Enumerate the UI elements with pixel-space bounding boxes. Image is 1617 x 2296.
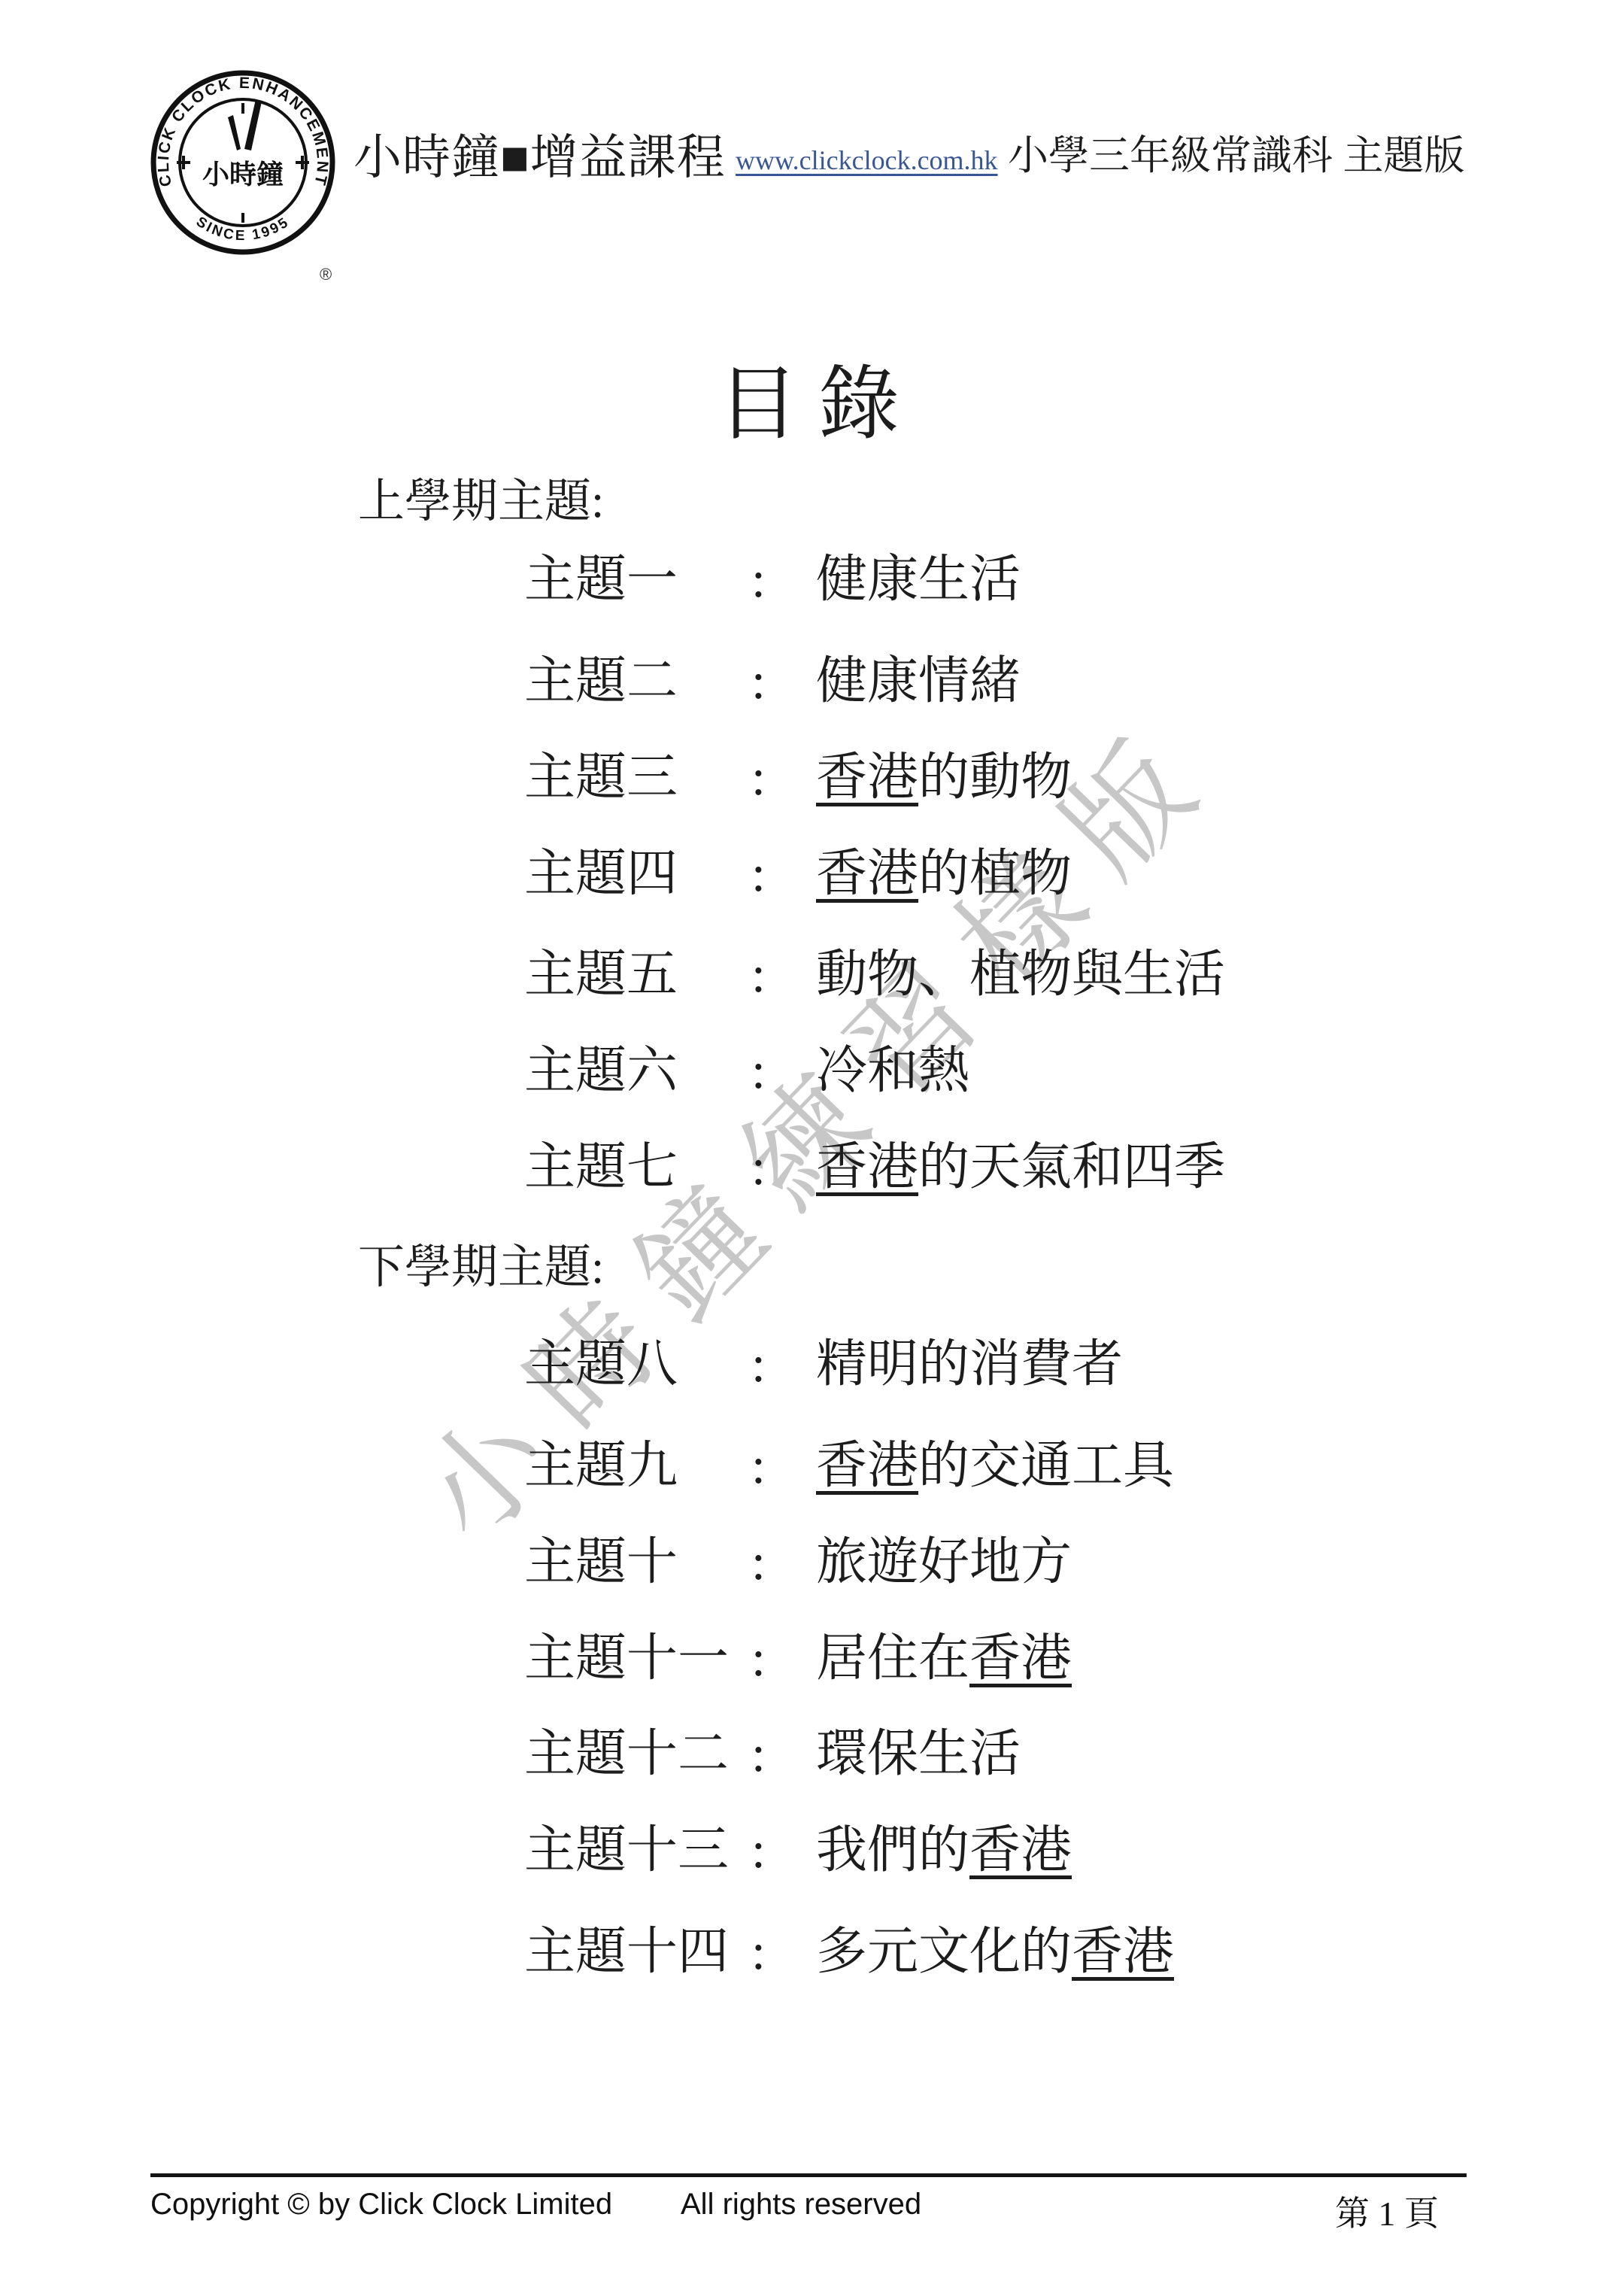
footer-divider (150, 2173, 1467, 2177)
row-label: 主題七 (524, 1133, 751, 1201)
row-label: 主題六 (524, 1037, 751, 1104)
toc-row: 主題十:旅遊好地方 (524, 1528, 1072, 1596)
course-title: 小學三年級常識科 主題版 (1008, 123, 1465, 181)
click-clock-logo-icon: CLICK CLOCK ENHANCEMENT SINCE 1995 小時鐘 ® (148, 69, 344, 284)
section-heading-semester1: 上學期主題: (358, 472, 604, 532)
toc-row: 主題五:動物、植物與生活 (524, 940, 1225, 1008)
brand-title: 小時鐘■增益課程 (353, 119, 726, 188)
row-topic: 環保生活 (816, 1725, 1021, 1782)
underlined-text: 香港 (1072, 1923, 1174, 1980)
page-title: 目錄 (0, 339, 1617, 455)
row-colon: : (751, 1528, 816, 1596)
toc-row: 主題十二:環保生活 (524, 1720, 1021, 1787)
underlined-text: 香港 (816, 749, 918, 806)
website-link[interactable]: www.clickclock.com.hk (736, 144, 998, 176)
section-heading-semester2: 下學期主題: (358, 1238, 604, 1298)
row-colon: : (751, 940, 816, 1008)
row-topic: 精明的消費者 (816, 1335, 1123, 1392)
row-colon: : (751, 840, 816, 907)
row-label: 主題十四 (524, 1918, 751, 1985)
row-topic: 我們的香港 (816, 1821, 1072, 1878)
row-colon: : (751, 1624, 816, 1692)
toc-row: 主題六:冷和熱 (524, 1037, 969, 1104)
page-number: 第 1 頁 (1335, 2186, 1439, 2236)
underlined-text: 香港 (816, 845, 918, 902)
row-colon: : (751, 1918, 816, 1985)
row-topic: 健康情緒 (816, 652, 1021, 709)
row-topic: 旅遊好地方 (816, 1533, 1072, 1590)
row-label: 主題四 (524, 840, 751, 907)
toc-row: 主題十三:我們的香港 (524, 1816, 1072, 1884)
row-topic: 香港的植物 (816, 845, 1072, 902)
row-label: 主題五 (524, 940, 751, 1008)
row-label: 主題八 (524, 1330, 751, 1398)
row-label: 主題十三 (524, 1816, 751, 1884)
row-topic: 香港的交通工具 (816, 1437, 1174, 1494)
toc-row: 主題十一:居住在香港 (524, 1624, 1072, 1692)
row-colon: : (751, 647, 816, 715)
row-topic: 多元文化的香港 (816, 1923, 1174, 1980)
row-label: 主題十二 (524, 1720, 751, 1787)
toc-row: 主題八:精明的消費者 (524, 1330, 1123, 1398)
toc-row: 主題三:香港的動物 (524, 743, 1072, 811)
footer-copyright: Copyright © by Click Clock Limited (150, 2188, 612, 2222)
row-label: 主題二 (524, 647, 751, 715)
logo-center-text: 小時鐘 (202, 159, 284, 190)
row-label: 主題十一 (524, 1624, 751, 1692)
toc-row: 主題四:香港的植物 (524, 840, 1072, 907)
row-label: 主題十 (524, 1528, 751, 1596)
row-label: 主題三 (524, 743, 751, 811)
row-topic: 居住在香港 (816, 1629, 1072, 1687)
underlined-text: 香港 (969, 1629, 1072, 1687)
row-colon: : (751, 1720, 816, 1787)
document-page: 小時鐘練習樣版 CLICK CLOCK ENHANCEMENT SINCE 19… (0, 0, 1617, 2296)
row-topic: 冷和熱 (816, 1042, 969, 1099)
row-colon: : (751, 1037, 816, 1104)
row-topic: 健康生活 (816, 551, 1021, 608)
row-colon: : (751, 545, 816, 613)
row-label: 主題九 (524, 1432, 751, 1499)
toc-row: 主題一:健康生活 (524, 545, 1021, 613)
row-topic: 香港的動物 (816, 749, 1072, 806)
row-label: 主題一 (524, 545, 751, 613)
toc-row: 主題七:香港的天氣和四季 (524, 1133, 1225, 1201)
underlined-text: 香港 (816, 1138, 918, 1195)
footer-rights: All rights reserved (681, 2188, 921, 2222)
underlined-text: 香港 (816, 1437, 918, 1494)
underlined-text: 香港 (969, 1821, 1072, 1878)
row-topic: 香港的天氣和四季 (816, 1138, 1225, 1195)
row-topic: 動物、植物與生活 (816, 946, 1225, 1003)
row-colon: : (751, 1432, 816, 1499)
row-colon: : (751, 1133, 816, 1201)
row-colon: : (751, 1816, 816, 1884)
toc-row: 主題十四:多元文化的香港 (524, 1918, 1174, 1985)
toc-row: 主題二:健康情緒 (524, 647, 1021, 715)
registered-trademark-icon: ® (320, 265, 332, 284)
toc-row: 主題九:香港的交通工具 (524, 1432, 1174, 1499)
row-colon: : (751, 743, 816, 811)
row-colon: : (751, 1330, 816, 1398)
